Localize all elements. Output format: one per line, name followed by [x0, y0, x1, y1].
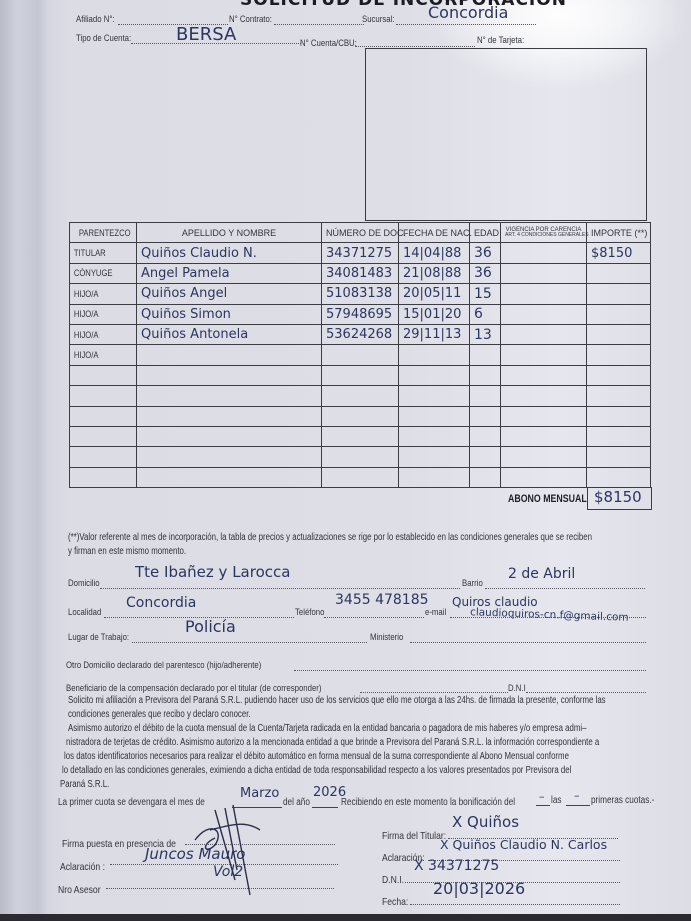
cell-parentesco[interactable]: HIJO/A — [70, 284, 127, 304]
price-note-line2: y firman en este mismo momento. — [68, 545, 186, 559]
cell-edad[interactable]: 6 — [470, 304, 501, 324]
cell-nombre[interactable] — [137, 426, 322, 446]
cell-nombre[interactable] — [137, 365, 322, 385]
cuenta-cbu-label: N° Cuenta/CBU: — [300, 38, 357, 49]
abono-mensual-field[interactable]: $8150 — [587, 487, 652, 510]
cell-doc[interactable] — [322, 447, 399, 467]
domicilio-field[interactable] — [100, 588, 460, 589]
fecha-field[interactable] — [410, 904, 620, 905]
cell-parentesco[interactable] — [70, 426, 127, 446]
localidad-label: Localidad — [68, 607, 101, 618]
telefono-field[interactable] — [324, 617, 424, 618]
las-label: las — [551, 795, 561, 806]
cell-nombre[interactable] — [137, 447, 322, 467]
cell-nombre[interactable]: Quiños Claudio N. — [137, 243, 322, 263]
las-value: – — [574, 789, 580, 802]
cell-doc[interactable] — [322, 426, 399, 446]
cell-importe[interactable]: $8150 — [587, 243, 651, 263]
cell-vigencia[interactable] — [501, 467, 587, 487]
cell-nombre[interactable] — [137, 406, 322, 426]
table-row — [70, 365, 651, 385]
afiliado-label: Afiliado N°: — [76, 14, 115, 25]
cell-edad[interactable] — [470, 345, 501, 365]
cell-edad[interactable] — [470, 365, 501, 385]
sucursal-value: Concordia — [428, 3, 508, 22]
asesor-field[interactable] — [106, 888, 334, 889]
trabajo-field[interactable] — [132, 642, 367, 643]
cell-parentesco[interactable]: CÓNYUGE — [70, 263, 127, 283]
legal-line-3: Asimismo autorizo el débito de la cuota … — [68, 722, 586, 736]
titular-dni-value: X 34371275 — [414, 858, 499, 874]
titular-signature-value: X Quiños — [452, 813, 519, 831]
cell-vigencia[interactable] — [501, 284, 587, 304]
telefono-value: 3455 478185 — [335, 592, 429, 608]
card-photo-box — [365, 48, 647, 221]
cell-nombre[interactable]: Quiños Simon — [137, 304, 322, 324]
cell-vigencia[interactable] — [501, 386, 587, 406]
col-vigencia: VIGENCIA POR CARENCIA ART. 4 CONDICIONES… — [501, 223, 587, 243]
table-row: HIJO/A — [70, 345, 651, 365]
cell-doc[interactable]: 34081483 — [322, 263, 399, 283]
cell-doc[interactable] — [322, 406, 399, 426]
cell-fecha[interactable]: 21|08|88 — [399, 263, 470, 283]
sucursal-field[interactable] — [396, 24, 536, 25]
cell-edad[interactable] — [470, 467, 501, 487]
table-row — [70, 386, 651, 406]
ministerio-label: Ministerio — [370, 632, 403, 643]
otro-domicilio-field[interactable] — [294, 670, 646, 671]
price-note-line1: (**)Valor referente al mes de incorporac… — [68, 531, 592, 545]
cell-vigencia[interactable] — [501, 263, 587, 283]
table-row — [70, 447, 651, 467]
cell-vigencia[interactable] — [501, 304, 587, 324]
contrato-field[interactable] — [274, 24, 364, 25]
cell-fecha[interactable]: 14|04|88 — [399, 243, 470, 263]
cell-nombre[interactable] — [137, 386, 322, 406]
cell-vigencia[interactable] — [501, 243, 587, 263]
cell-doc[interactable]: 51083138 — [322, 284, 399, 304]
cell-nombre[interactable]: Angel Pamela — [137, 263, 322, 283]
tarjeta-label: N° de Tarjeta: — [477, 35, 524, 46]
cell-doc[interactable] — [322, 386, 399, 406]
cell-importe[interactable] — [587, 447, 651, 467]
bonificacion-field[interactable] — [536, 805, 550, 806]
col-doc: NÚMERO DE DOC. — [322, 223, 399, 243]
cell-parentesco[interactable]: TITULAR — [70, 243, 127, 263]
abono-mensual-label: ABONO MENSUAL — [508, 493, 587, 505]
cell-importe[interactable] — [587, 324, 651, 344]
tipo-cuenta-value: BERSA — [176, 24, 236, 45]
cell-doc[interactable] — [322, 467, 399, 487]
telefono-label: Teléfono — [295, 607, 324, 618]
bottom-edge-shadow — [0, 914, 691, 921]
abono-mensual-value: $8150 — [594, 488, 642, 506]
cell-edad[interactable]: 36 — [470, 263, 501, 283]
tipo-cuenta-label: Tipo de Cuenta: — [76, 33, 131, 44]
cell-edad[interactable] — [470, 426, 501, 446]
col-fecha: FECHA DE NAC. — [399, 223, 470, 243]
cell-fecha[interactable]: 15|01|20 — [399, 304, 470, 324]
cell-parentesco[interactable] — [70, 467, 127, 487]
col-importe: IMPORTE (**) — [587, 223, 651, 243]
cell-nombre[interactable] — [137, 345, 322, 365]
cell-fecha[interactable] — [399, 345, 470, 365]
cell-fecha[interactable] — [399, 406, 470, 426]
cuota-anio-field[interactable] — [312, 807, 338, 808]
family-table: PARENTEZCO APELLIDO Y NOMBRE NÚMERO DE D… — [69, 222, 651, 488]
cell-parentesco[interactable]: HIJO/A — [70, 304, 127, 324]
table-row — [70, 426, 651, 446]
cell-fecha[interactable] — [399, 467, 470, 487]
sucursal-label: Sucursal: — [362, 14, 394, 25]
col-nombre: APELLIDO Y NOMBRE — [137, 223, 322, 243]
titular-signature-label: Firma del Titular: — [382, 830, 446, 842]
email-value-line2: claudioquiros-cn.f@gmail.com — [470, 606, 629, 624]
beneficiario-field[interactable] — [360, 692, 508, 693]
cell-edad[interactable]: 13 — [470, 324, 501, 344]
cell-parentesco[interactable]: HIJO/A — [70, 324, 127, 344]
cell-edad[interactable] — [470, 406, 501, 426]
legal-line-7: Paraná S.R.L. — [60, 778, 109, 792]
email-label: e-mail — [425, 607, 446, 618]
table-row: HIJO/AQuiños Simon5794869515|01|206 — [70, 304, 651, 324]
legal-line-6: lo detallado en las condiciones generale… — [62, 764, 571, 778]
cell-parentesco[interactable] — [70, 447, 127, 467]
trabajo-label: Lugar de Trabajo: — [68, 632, 129, 643]
cell-vigencia[interactable] — [501, 345, 587, 365]
aclaracion-right-value: X Quiños Claudio N. Carlos — [440, 837, 607, 852]
table-row: CÓNYUGEAngel Pamela3408148321|08|8836 — [70, 263, 651, 283]
cell-importe[interactable] — [587, 467, 651, 487]
cell-doc[interactable]: 34371275 — [322, 243, 399, 263]
cell-importe[interactable] — [587, 345, 651, 365]
cell-doc[interactable] — [322, 365, 399, 385]
titular-dni-label: D.N.I. — [382, 874, 404, 886]
legal-line-1: Solicito mi afiliación a Previsora del P… — [68, 694, 606, 708]
trabajo-value: Policía — [185, 617, 236, 636]
cell-parentesco[interactable] — [70, 406, 127, 426]
legal-line-5: los datos identificatorios necesarios pa… — [64, 750, 569, 764]
col-edad: EDAD — [470, 223, 501, 243]
cell-fecha[interactable] — [399, 365, 470, 385]
cell-fecha[interactable]: 20|05|11 — [399, 284, 470, 304]
col-parentesco: PARENTEZCO — [75, 223, 132, 243]
table-row — [70, 467, 651, 487]
table-row: TITULARQuiños Claudio N.3437127514|04|88… — [70, 243, 651, 263]
cell-vigencia[interactable] — [501, 365, 587, 385]
table-row: HIJO/AQuiños Antonela5362426829|11|1313 — [70, 324, 651, 344]
las-field[interactable] — [566, 805, 590, 806]
legal-line-4: nistradora de terjetas de crédito. Asimi… — [66, 736, 599, 750]
cell-vigencia[interactable] — [501, 447, 587, 467]
otro-domicilio-label: Otro Domicilio declarado del parentesco … — [66, 660, 261, 671]
cell-doc[interactable]: 53624268 — [322, 324, 399, 344]
document-title: SOLICITUD DE INCORPORACIÓN — [240, 0, 567, 10]
barrio-field[interactable] — [485, 588, 645, 589]
table-header-row: PARENTEZCO APELLIDO Y NOMBRE NÚMERO DE D… — [70, 223, 651, 243]
cell-fecha[interactable] — [399, 447, 470, 467]
cell-edad[interactable]: 36 — [470, 243, 501, 263]
cell-parentesco[interactable] — [70, 386, 127, 406]
cell-doc[interactable]: 57948695 — [322, 304, 399, 324]
cell-edad[interactable]: 15 — [470, 284, 501, 304]
cell-vigencia[interactable] — [501, 324, 587, 344]
domicilio-label: Domicilio — [68, 578, 100, 589]
fecha-value: 20|03|2026 — [433, 879, 525, 898]
cuota-mes-value: Marzo — [240, 786, 279, 801]
cell-importe[interactable] — [587, 284, 651, 304]
cuenta-cbu-field[interactable] — [355, 46, 475, 47]
col-vigencia-sub: ART. 4 CONDICIONES GENERALES — [505, 233, 582, 238]
table-row — [70, 406, 651, 426]
cell-importe[interactable] — [587, 304, 651, 324]
cell-importe[interactable] — [587, 386, 651, 406]
barrio-value: 2 de Abril — [508, 566, 575, 582]
cuota-suffix: primeras cuotas.- — [591, 795, 654, 806]
barrio-label: Barrio — [462, 578, 483, 589]
cell-nombre[interactable]: Quiños Antonela — [137, 324, 322, 344]
cell-vigencia[interactable] — [501, 406, 587, 426]
cell-fecha[interactable]: 29|11|13 — [399, 324, 470, 344]
fecha-label: Fecha: — [382, 896, 408, 908]
bonificacion-value: – — [539, 790, 545, 803]
cell-edad[interactable] — [470, 386, 501, 406]
cell-fecha[interactable] — [399, 426, 470, 446]
cuota-anio-label: del año — [283, 797, 310, 808]
cell-parentesco[interactable] — [70, 365, 127, 385]
cell-importe[interactable] — [587, 406, 651, 426]
localidad-value: Concordia — [126, 595, 196, 611]
cell-importe[interactable] — [587, 263, 651, 283]
cell-vigencia[interactable] — [501, 426, 587, 446]
table-row: HIJO/AQuiños Angel5108313820|05|1115 — [70, 284, 651, 304]
cell-parentesco[interactable]: HIJO/A — [70, 345, 127, 365]
asesor-label: Nro Asesor — [58, 884, 101, 896]
asesor-value: Vol2 — [213, 864, 243, 880]
aclaracion-left-label: Aclaración : — [60, 861, 105, 873]
aclaracion-left-value: Juncos Mauro — [145, 845, 245, 863]
ministerio-field[interactable] — [410, 642, 646, 643]
domicilio-value: Tte Ibañez y Larocca — [135, 563, 290, 581]
cell-fecha[interactable] — [399, 386, 470, 406]
cell-nombre[interactable] — [137, 467, 322, 487]
beneficiario-dni-field[interactable] — [526, 692, 646, 693]
cell-importe[interactable] — [587, 365, 651, 385]
cell-nombre[interactable]: Quiños Angel — [137, 284, 322, 304]
cell-importe[interactable] — [587, 426, 651, 446]
beneficiario-dni-label: D.N.I — [508, 683, 526, 694]
beneficiario-label: Beneficiario de la compensación declarad… — [66, 683, 321, 694]
legal-line-2: condiciones generales que recibo y decla… — [68, 708, 251, 722]
cell-edad[interactable] — [470, 447, 501, 467]
bonificacion-text: Recibiendo en este momento la bonificaci… — [341, 797, 515, 808]
cell-doc[interactable] — [322, 345, 399, 365]
